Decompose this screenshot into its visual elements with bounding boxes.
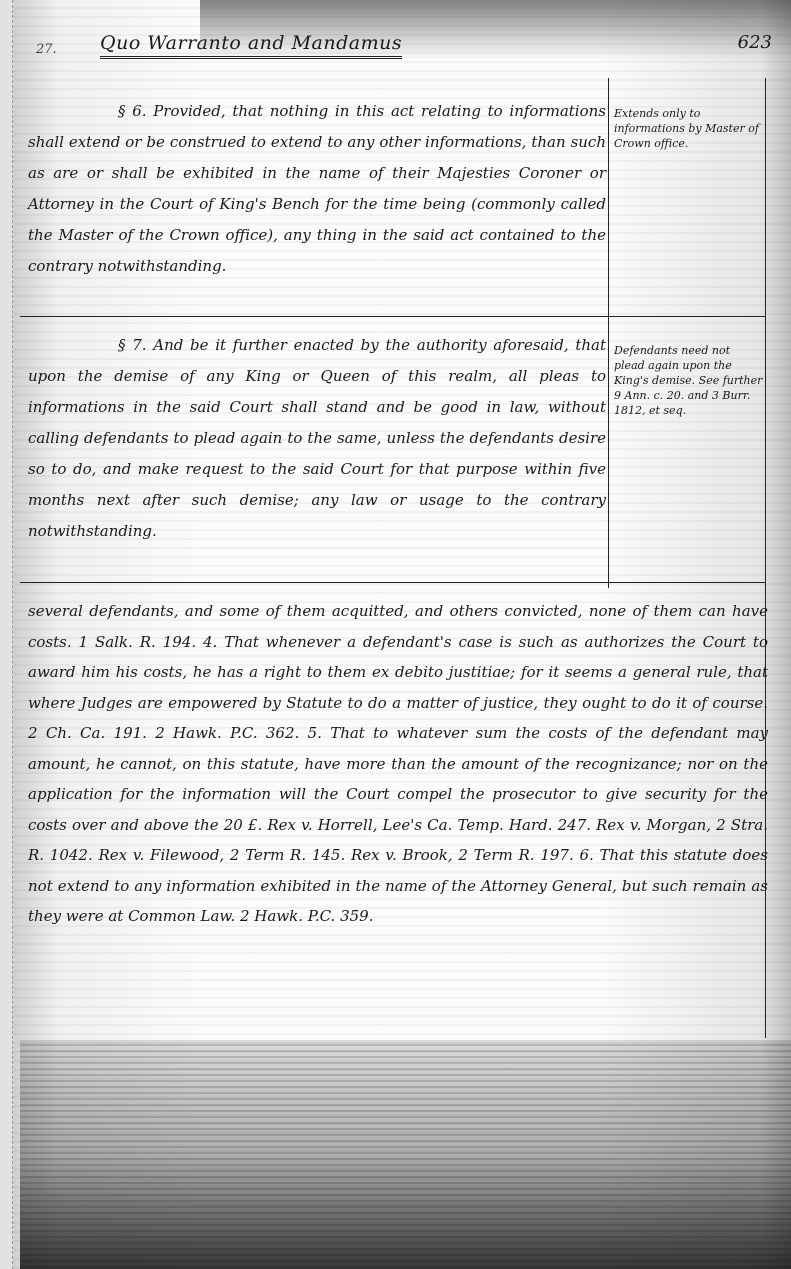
section-7: § 7. And be it further enacted by the au… (28, 330, 606, 547)
page-title: Quo Warranto and Mandamus (100, 32, 402, 59)
blank-ruled-area (20, 1040, 791, 1269)
section-6: § 6. Provided, that nothing in this act … (28, 96, 606, 282)
footnote-text: several defendants, and some of them acq… (28, 596, 768, 932)
manuscript-page: 27. Quo Warranto and Mandamus 623 § 6. P… (0, 0, 791, 1269)
margin-rule (608, 78, 609, 588)
section-7-text: § 7. And be it further enacted by the au… (28, 336, 606, 540)
footnote-divider (20, 582, 765, 583)
margin-note-6: Extends only to informations by Master o… (614, 106, 764, 151)
section-mark: 27. (36, 42, 57, 57)
margin-note-7: Defendants need not plead again upon the… (614, 343, 764, 418)
page-header: Quo Warranto and Mandamus 623 (100, 32, 780, 62)
section-6-text: § 6. Provided, that nothing in this act … (28, 102, 606, 275)
scan-edge (0, 0, 13, 1269)
page-number: 623 (738, 32, 772, 53)
section-divider (20, 316, 765, 317)
